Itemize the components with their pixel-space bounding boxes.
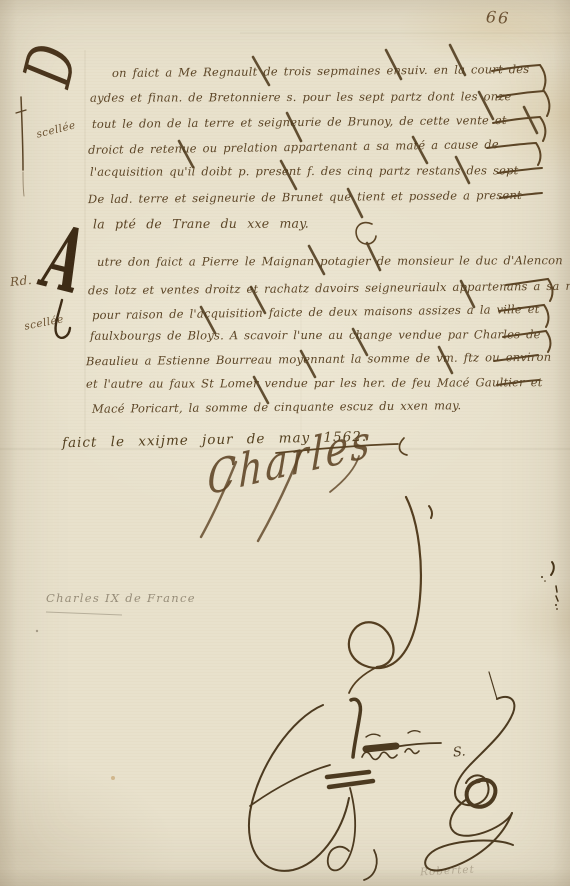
manuscript-line: utre don faict a Pierre le Maignan potag… <box>97 253 563 269</box>
margin-pen-stroke <box>16 97 26 196</box>
manuscript-line: la pté de Trane du xxe may. <box>93 216 309 232</box>
margin-note-rd: Rd. <box>9 273 32 289</box>
secretary-signature <box>249 672 514 880</box>
manuscript-line: aydes et finan. de Bretonniere s. pour l… <box>90 89 512 105</box>
pencil-attribution: Charles IX de France <box>46 591 196 605</box>
folio-number: 66 <box>485 7 511 28</box>
ink-specks <box>541 562 558 610</box>
margin-note-scellee-1: scellée <box>35 119 77 140</box>
paper-fleck <box>111 776 115 780</box>
manuscript-line: l'acquisition qu'il doibt p. present f. … <box>90 163 519 179</box>
manuscript-line: on faict a Me Regnault de trois sepmaine… <box>112 62 530 80</box>
manuscript-line: et l'autre au faux St Lomer vendue par l… <box>86 375 543 391</box>
manuscript-line: des lotz et ventes droitz et rachatz dav… <box>88 279 570 298</box>
margin-note-scellee-2: scellée <box>23 313 65 332</box>
manuscript-line: Macé Poricart, la somme de cinquante esc… <box>92 398 461 416</box>
king-signature: Charles <box>207 414 373 506</box>
pencil-secretary-name: Robertet <box>420 864 475 879</box>
manuscript-line: pour raison de l'acquisition faicte de d… <box>92 302 540 323</box>
paragraph1-end-curl <box>356 223 376 244</box>
manuscript-line: droict de retenue ou prelation appartena… <box>88 137 499 157</box>
manuscript-line: Beaulieu a Estienne Bourreau moyennant l… <box>86 350 551 369</box>
pencil-dot <box>36 630 38 632</box>
manuscript-line: tout le don de la terre et seigneurie de… <box>92 113 507 131</box>
manuscript-line: faulxbourgs de Bloys. A scavoir l'une au… <box>90 327 541 343</box>
secretary-signature-mark: S. <box>452 744 466 760</box>
manuscript-line: De lad. terre et seigneurie de Brunet qu… <box>88 188 522 207</box>
manuscript-page: 66 scellée Rd. scellée D on faict a Me R… <box>0 0 570 886</box>
king-paraph <box>349 497 432 693</box>
pencil-underline <box>46 612 122 615</box>
initial-letter-d: D <box>10 37 94 93</box>
initial-letter-a: A <box>34 206 94 315</box>
